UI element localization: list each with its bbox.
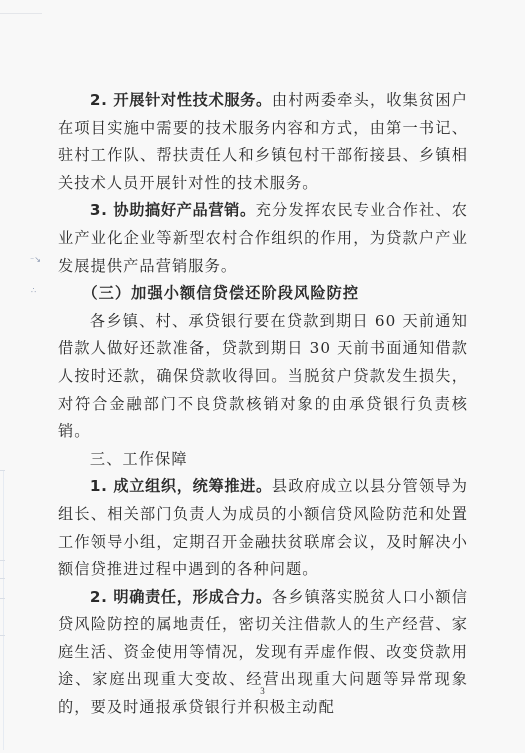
scan-left-edge bbox=[3, 470, 4, 750]
scan-mark: ⁻↘ bbox=[30, 255, 41, 264]
paragraph-lead: 2. 明确责任，形成合力。 bbox=[90, 588, 272, 606]
scan-edge-tick bbox=[0, 470, 5, 471]
scan-edge-tick bbox=[0, 598, 5, 599]
paragraph-lead: 2. 开展针对性技术服务。 bbox=[90, 91, 272, 109]
paragraph-item-2-responsibility: 2. 明确责任，形成合力。各乡镇落实脱贫人口小额信贷风险防控的属地责任，密切关注… bbox=[58, 584, 468, 722]
paragraph-body: 各乡镇、村、承贷银行要在贷款到期日 60 天前通知借款人做好还款准备，贷款到期日… bbox=[58, 308, 468, 446]
scan-edge-tick bbox=[0, 635, 5, 636]
scan-edge-tick bbox=[0, 560, 5, 561]
paragraph-item-3-marketing: 3. 协助搞好产品营销。充分发挥农民专业合作社、农业产业化企业等新型农村合作组织… bbox=[58, 197, 468, 280]
paragraph-item-2-tech-service: 2. 开展针对性技术服务。由村两委牵头，收集贫困户在项目实施中需要的技术服务内容… bbox=[58, 87, 468, 197]
section-heading: （三）加强小额信贷偿还阶段风险防控 bbox=[58, 280, 468, 308]
document-page: ⁻↘ ∴ 2. 开展针对性技术服务。由村两委牵头，收集贫困户在项目实施中需要的技… bbox=[0, 0, 525, 753]
page-number: 3 bbox=[0, 686, 525, 696]
scan-edge-tick bbox=[0, 578, 5, 579]
scan-mark: ∴ bbox=[31, 286, 36, 295]
paragraph-lead: 3. 协助搞好产品营销。 bbox=[90, 201, 256, 219]
paragraph-lead: 1. 成立组织，统筹推进。 bbox=[90, 477, 272, 495]
paragraph-item-1-organization: 1. 成立组织，统筹推进。县政府成立以县分管领导为组长、相关部门负责人为成员的小… bbox=[58, 473, 468, 583]
paragraph-text: 各乡镇落实脱贫人口小额信贷风险防控的属地责任，密切关注借款人的生产经营、家庭生活… bbox=[58, 588, 468, 716]
document-body: 2. 开展针对性技术服务。由村两委牵头，收集贫困户在项目实施中需要的技术服务内容… bbox=[58, 87, 468, 722]
chapter-heading: 三、工作保障 bbox=[58, 446, 468, 474]
scan-edge-line bbox=[0, 13, 42, 14]
